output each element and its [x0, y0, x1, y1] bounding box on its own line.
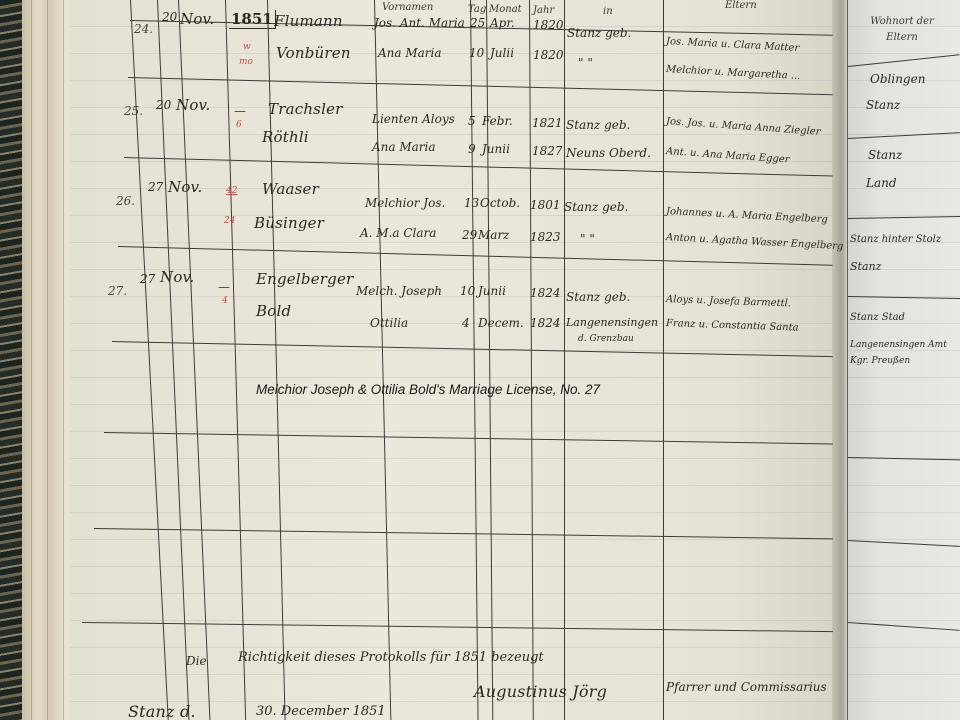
entry-number: 24. — [134, 22, 153, 36]
birth-month: Junii — [482, 142, 510, 156]
surname-groom: Flumann — [274, 12, 343, 30]
residence: Langenensingen Amt — [850, 340, 947, 350]
red-mark: mo — [239, 57, 253, 67]
birth-year: 1821 — [532, 116, 563, 130]
residence: Stanz Stad — [850, 312, 905, 323]
mark: — — [218, 280, 230, 294]
entry-day: 27 — [140, 272, 155, 286]
given-name-groom: Melchior Jos. — [365, 196, 445, 210]
entry-number: 27. — [108, 284, 127, 298]
birth-month: Octob. — [480, 196, 520, 210]
entry-day: 20 — [156, 98, 171, 112]
birthplace: Stanz geb. — [564, 200, 628, 214]
residence: Kgr. Preußen — [850, 356, 910, 366]
birthplace: " " — [580, 232, 595, 246]
entry-day: 20 — [162, 10, 177, 24]
birth-month: Julii — [490, 46, 514, 60]
birth-month: Apr. — [490, 16, 515, 30]
entry-month: Nov. — [160, 268, 194, 286]
entry-month: Nov. — [168, 178, 202, 196]
date-line: 30. December 1851 — [256, 704, 386, 719]
birth-year: 1824 — [530, 286, 561, 300]
residence: Oblingen — [870, 72, 925, 86]
birth-day: 10 — [469, 46, 484, 60]
red-mark: 42 — [226, 186, 237, 196]
mark: — — [234, 104, 246, 118]
birth-year: 1801 — [530, 198, 561, 212]
year-marker: 1851 — [229, 10, 276, 29]
column-rule — [564, 0, 565, 720]
attestation-line: Richtigkeit dieses Protokolls für 1851 b… — [238, 650, 544, 665]
red-mark: 24 — [224, 216, 235, 226]
birth-day: 5 — [468, 114, 476, 128]
red-mark: 6 — [236, 120, 242, 130]
given-name-bride: Ana Maria — [378, 46, 442, 60]
birth-month: Junii — [478, 284, 506, 298]
residence: Stanz — [866, 98, 900, 112]
image-caption: Melchior Joseph & Ottilia Bold's Marriag… — [256, 382, 600, 397]
residence: Land — [866, 176, 897, 190]
red-mark: 4 — [222, 296, 228, 306]
birthplace: d. Grenzbau — [578, 334, 634, 344]
column-rule — [847, 0, 848, 720]
residence: Stanz hinter Stolz — [850, 234, 941, 245]
residence: Stanz — [868, 148, 902, 162]
header-vornamen: Vornamen — [382, 2, 433, 13]
birthplace: Neuns Oberd. — [566, 146, 651, 160]
birth-month: Febr. — [482, 114, 513, 128]
header-monat: Monat — [489, 4, 522, 15]
birth-year: 1823 — [530, 230, 561, 244]
header-eltern: Eltern — [725, 0, 757, 11]
signature: Augustinus Jörg — [474, 682, 607, 701]
surname-bride: Büsinger — [254, 214, 324, 232]
entry-month: Nov. — [176, 96, 210, 114]
place-line: Stanz d. — [128, 702, 196, 720]
birth-day: 29 — [462, 228, 477, 242]
birth-day: 13 — [464, 196, 479, 210]
birth-day: 25 — [470, 16, 485, 30]
surname-bride: Röthli — [262, 128, 309, 146]
birth-year: 1827 — [532, 144, 563, 158]
birth-month: Decem. — [478, 316, 524, 330]
birth-month: Marz — [478, 228, 510, 242]
attestation-word: Die — [186, 654, 207, 668]
header-jahr: Jahr — [533, 5, 554, 16]
birthplace: Stanz geb. — [566, 290, 630, 304]
given-name-groom: Melch. Joseph — [356, 284, 442, 298]
given-name-bride: A. M.a Clara — [360, 226, 436, 240]
birthplace: Stanz geb. — [567, 26, 631, 40]
column-rule — [663, 0, 664, 720]
birthplace: Langenensingen — [566, 316, 658, 329]
surname-groom: Engelberger — [256, 270, 353, 288]
header-in: in — [603, 6, 613, 17]
surname-bride: Bold — [256, 302, 291, 320]
entry-number: 25. — [124, 104, 143, 118]
birth-day: 10 — [460, 284, 475, 298]
birth-year: 1824 — [530, 316, 561, 330]
entry-day: 27 — [148, 180, 163, 194]
surname-groom: Waaser — [262, 180, 319, 198]
birthplace: Stanz geb. — [566, 118, 630, 132]
header-wohnort: Wohnort der Eltern — [862, 14, 942, 46]
signature-title: Pfarrer und Commissarius — [666, 680, 827, 694]
entry-month: Nov. — [180, 10, 214, 28]
birthplace: " " — [578, 56, 593, 70]
birth-year: 1820 — [533, 18, 564, 32]
residence: Stanz — [850, 260, 881, 273]
given-name-bride: Ottilia — [370, 316, 408, 330]
red-mark: w — [243, 42, 251, 52]
given-name-groom: Lienten Aloys — [372, 112, 455, 126]
surname-groom: Trachsler — [268, 100, 343, 118]
entry-number: 26. — [116, 194, 135, 208]
given-name-bride: Ana Maria — [372, 140, 436, 154]
birth-year: 1820 — [533, 48, 564, 62]
surname-bride: Vonbüren — [276, 44, 351, 62]
header-tag: Tag — [468, 4, 486, 15]
given-name-groom: Jos. Ant. Maria — [374, 16, 465, 30]
birth-day: 9 — [468, 142, 476, 156]
birth-day: 4 — [462, 316, 470, 330]
